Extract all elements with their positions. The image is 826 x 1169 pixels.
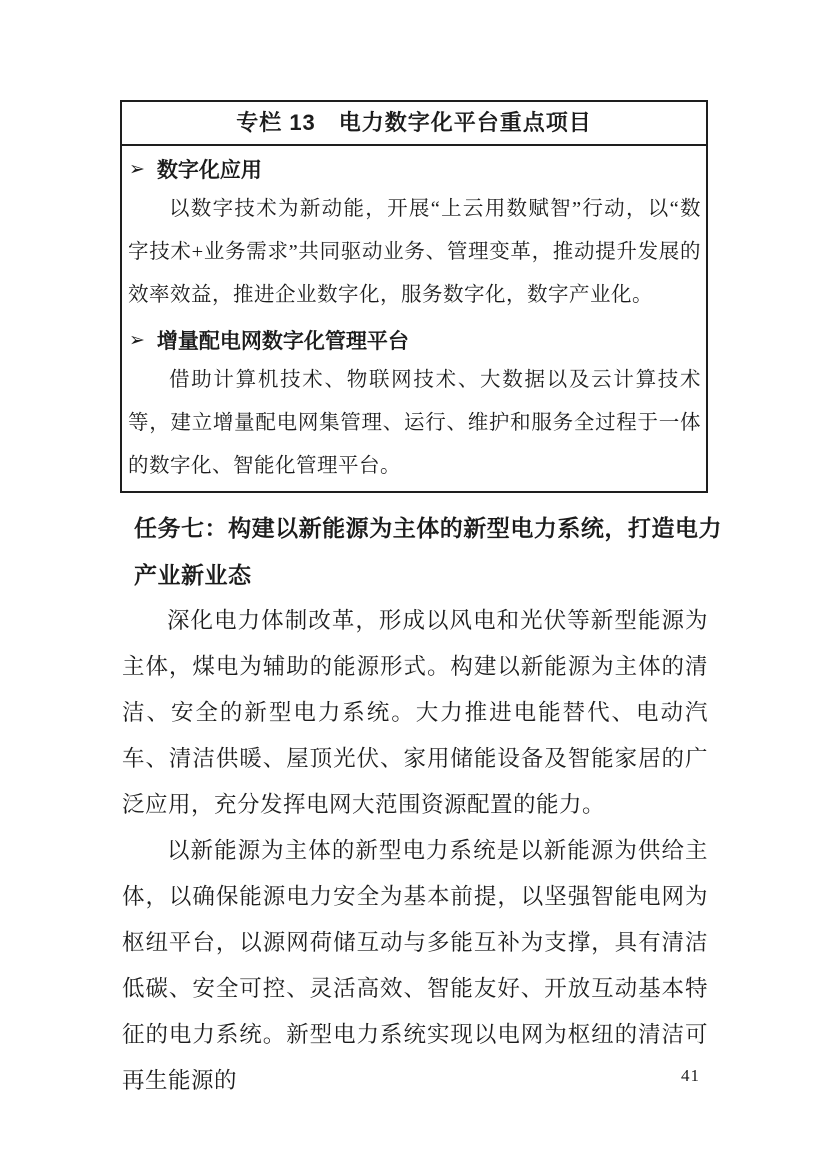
bullet-item-heading: 增量配电网数字化管理平台 xyxy=(157,326,409,357)
bullet-item-digital-application: ➢ 数字化应用 xyxy=(129,155,700,186)
column-box-title: 专栏 13 电力数字化平台重点项目 xyxy=(122,102,706,146)
body-paragraph: 深化电力体制改革，形成以风电和光伏等新型能源为主体，煤电为辅助的能源形式。构建以… xyxy=(122,598,708,828)
arrow-bullet-icon: ➢ xyxy=(129,154,145,185)
bullet-item-paragraph: 借助计算机技术、物联网技术、大数据以及云计算技术等，建立增量配电网集管理、运行、… xyxy=(128,359,701,488)
page-number: 41 xyxy=(681,1066,700,1086)
column-box: 专栏 13 电力数字化平台重点项目 ➢ 数字化应用 以数字技术为新动能，开展“上… xyxy=(120,100,708,493)
bullet-item-paragraph: 以数字技术为新动能，开展“上云用数赋智”行动，以“数字技术+业务需求”共同驱动业… xyxy=(128,188,701,317)
arrow-bullet-icon: ➢ xyxy=(129,325,145,356)
bullet-item-heading: 数字化应用 xyxy=(157,155,262,186)
bullet-item-grid-platform: ➢ 增量配电网数字化管理平台 xyxy=(129,326,700,357)
document-page: 专栏 13 电力数字化平台重点项目 ➢ 数字化应用 以数字技术为新动能，开展“上… xyxy=(0,0,826,1169)
task-seven-heading: 任务七：构建以新能源为主体的新型电力系统，打造电力产业新业态 xyxy=(134,505,722,599)
body-paragraph: 以新能源为主体的新型电力系统是以新能源为供给主体，以确保能源电力安全为基本前提，… xyxy=(122,828,708,1104)
body-text-block: 深化电力体制改革，形成以风电和光伏等新型能源为主体，煤电为辅助的能源形式。构建以… xyxy=(122,598,708,1104)
